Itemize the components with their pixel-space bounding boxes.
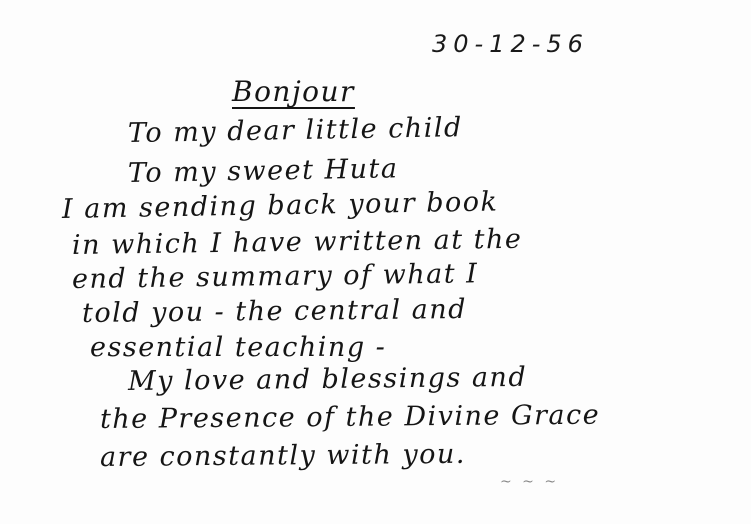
letter-greeting: Bonjour: [232, 78, 355, 106]
letter-line: the Presence of the Divine Grace: [100, 402, 600, 433]
letter-line: end the summary of what I: [72, 260, 479, 293]
letter-date: 30-12-56: [432, 32, 589, 56]
letter-line: are constantly with you.: [100, 441, 466, 471]
letter-line: in which I have written at the: [72, 226, 523, 259]
letter-line: I am sending back your book: [62, 188, 499, 223]
letter-line: My love and blessings and: [128, 364, 527, 395]
letter-line: told you - the central and: [82, 296, 467, 327]
letter-line: To my dear little child: [128, 114, 463, 147]
letter-signature: ~ ~ ~: [500, 475, 559, 489]
handwritten-letter: 30-12-56 Bonjour To my dear little child…: [0, 0, 751, 524]
letter-line: essential teaching -: [90, 334, 386, 361]
letter-line: To my sweet Huta: [128, 155, 399, 187]
